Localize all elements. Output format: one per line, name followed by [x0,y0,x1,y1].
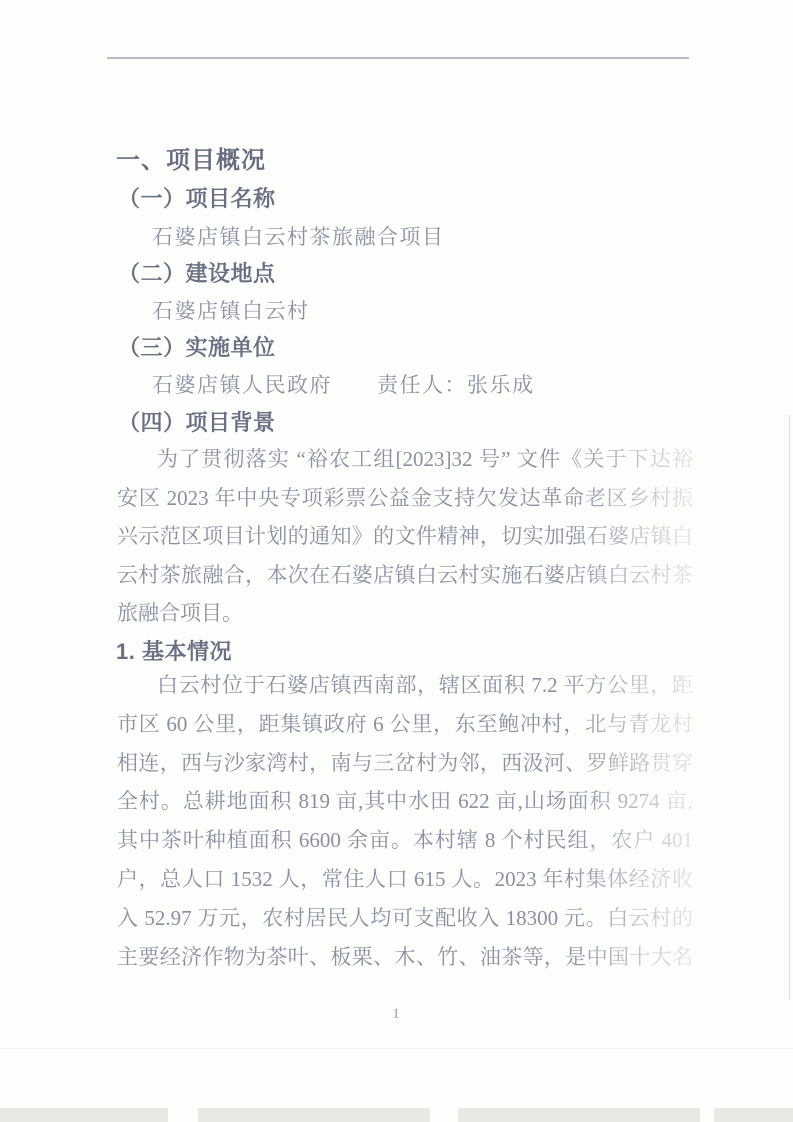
section-4-title: （四）项目背景 [118,406,276,437]
subsection-heading: 1. 基本情况 [116,635,232,666]
background-line: 旅融合项目。 [117,594,693,633]
scan-artifact-gap [700,1108,714,1122]
basic-situation-paragraph: 白云村位于石婆店镇西南部，辖区面积 7.2 平方公里，距 市区 60 公里，距集… [117,666,693,976]
basic-line: 入 52.97 万元，农村居民人均可支配收入 18300 元。白云村的 [117,899,693,938]
basic-line: 全村。总耕地面积 819 亩,其中水田 622 亩,山场面积 9274 亩, [117,782,693,821]
basic-line: 户，总人口 1532 人，常住人口 615 人。2023 年村集体经济收 [117,860,693,899]
page-number: 1 [0,1006,793,1023]
scan-artifact-gap [430,1108,458,1122]
basic-line: 白云村位于石婆店镇西南部，辖区面积 7.2 平方公里，距 [117,666,693,705]
header-rule [107,57,689,59]
background-line: 为了贯彻落实 “裕农工组[2023]32 号” 文件《关于下达裕 [117,440,693,479]
basic-line: 相连，西与沙家湾村，南与三岔村为邻，西汲河、罗鲜路贯穿 [117,744,693,783]
section-1-title: （一）项目名称 [118,182,276,213]
scan-artifact-gap [168,1108,198,1122]
basic-line: 主要经济作物为茶叶、板栗、木、竹、油茶等，是中国十大名 [117,938,693,977]
basic-line: 其中茶叶种植面积 6600 余亩。本村辖 8 个村民组，农户 401 [117,821,693,860]
background-line: 云村茶旅融合，本次在石婆店镇白云村实施石婆店镇白云村茶 [117,556,693,595]
background-line: 兴示范区项目计划的通知》的文件精神，切实加强石婆店镇白 [117,517,693,556]
main-heading: 一、项目概况 [116,140,266,175]
section-2-title: （二）建设地点 [118,257,276,288]
basic-line: 市区 60 公里，距集镇政府 6 公里，东至鲍冲村，北与青龙村 [117,705,693,744]
scan-bottom-artifact [0,1108,793,1122]
background-line: 安区 2023 年中央专项彩票公益金支持欠发达革命老区乡村振 [117,479,693,518]
footer-rule [0,1048,793,1049]
section-1-body: 石婆店镇白云村茶旅融合项目 [152,221,445,251]
scan-edge-artifact [789,415,790,1000]
section-3-title: （三）实施单位 [118,331,276,362]
background-paragraph: 为了贯彻落实 “裕农工组[2023]32 号” 文件《关于下达裕 安区 2023… [117,440,693,633]
section-2-body: 石婆店镇白云村 [152,295,310,325]
section-3-body: 石婆店镇人民政府 责任人：张乐成 [152,369,535,399]
scanned-document-page: 一、项目概况 （一）项目名称 石婆店镇白云村茶旅融合项目 （二）建设地点 石婆店… [0,0,793,1122]
